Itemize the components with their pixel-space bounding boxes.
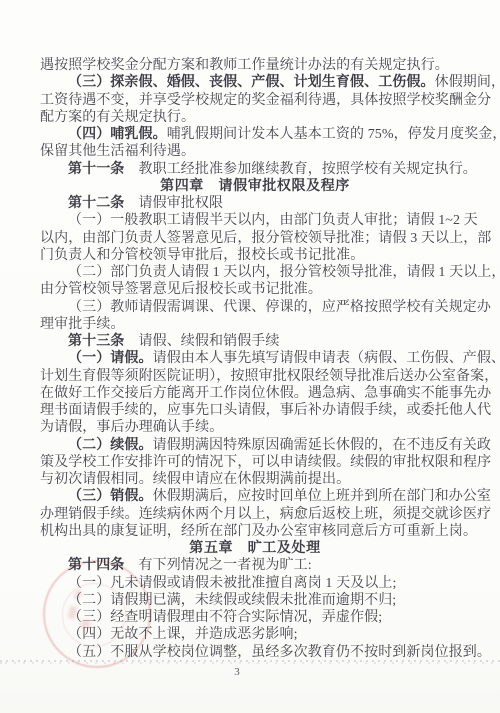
text-segment: （三）经查明请假理由不符合实际情况，弄虚作假; bbox=[68, 610, 382, 625]
text-segment: （二）请假期已满，未续假或续假未批准而逾期不归; bbox=[68, 593, 396, 608]
text-segment: 教职工经批准参加继续教育，按照学校有关规定执行。 bbox=[124, 162, 477, 177]
text-line: （三）销假。休假期满后，应按时回单位上班并到所在部门和办公室 bbox=[40, 488, 470, 505]
text-segment: 第四章 请假审批权限及程序 bbox=[160, 179, 350, 194]
text-segment: 办理销假手续。连续病休两个月以上，病愈后返校上班，须提交就诊医疗 bbox=[40, 507, 491, 522]
text-segment: （三）教师请假需调课、代课、停课的，应严格按照学校有关规定办 bbox=[68, 300, 491, 315]
text-segment: 第十三条 bbox=[68, 334, 124, 349]
text-line: 机构出具的康复证明，经所在部门及办公室审核同意后方可重新上岗。 bbox=[40, 523, 470, 540]
chapter-heading: 第四章 请假审批权限及程序 bbox=[40, 178, 470, 195]
text-line: 第十二条 请假审批权限 bbox=[40, 195, 470, 212]
text-line: 保留其他生活福利待遇。 bbox=[40, 143, 470, 160]
text-line: 理书面请假手续的，应事先口头请假，事后补办请假手续，或委托他人代 bbox=[40, 402, 470, 419]
text-segment: （四）哺乳假。 bbox=[68, 127, 167, 142]
text-segment: 第十二条 bbox=[68, 196, 124, 211]
text-line: 第十三条 请假、续假和销假手续 bbox=[40, 333, 470, 350]
text-line: 为请假，事后办理确认手续。 bbox=[40, 419, 470, 436]
text-line: （一）一般教职工请假半天以内，由部门负责人审批；请假 1~2 天 bbox=[40, 212, 470, 229]
text-line: （五）不服从学校岗位调整，虽经多次教育仍不按时到新岗位报到。 bbox=[40, 644, 470, 661]
text-segment: 计划生育假等须附医院证明），按照审批权限经领导批准后送办公室备案， bbox=[40, 369, 498, 384]
text-segment: （三）探亲假、婚假、丧假、产假、计划生育假、工伤假。 bbox=[68, 75, 435, 90]
text-segment: （三）销假。 bbox=[68, 489, 153, 504]
text-line: （三）经查明请假理由不符合实际情况，弄虚作假; bbox=[40, 609, 470, 626]
text-segment: 工资待遇不变，并享受学校规定的奖金福利待遇，具体按照学校奖酬金分 bbox=[40, 93, 491, 108]
text-segment: 策及学校工作安排许可的情况下，可以申请续假。续假的审批权限和程序 bbox=[40, 455, 491, 470]
text-segment: 第五章 旷工及处理 bbox=[189, 541, 320, 556]
text-line: 遇按照学校奖金分配方案和教师工作量统计办法的有关规定执行。 bbox=[40, 57, 470, 74]
text-line: （三）教师请假需调课、代课、停课的，应严格按照学校有关规定办 bbox=[40, 299, 470, 316]
text-line: 配方案的有关规定执行。 bbox=[40, 109, 470, 126]
text-segment: （五）不服从学校岗位调整，虽经多次教育仍不按时到新岗位报到。 bbox=[68, 645, 491, 660]
chapter-heading: 第五章 旷工及处理 bbox=[40, 540, 470, 557]
text-line: 与初次请假相同。续假申请应在休假期满前提出。 bbox=[40, 471, 470, 488]
text-segment: 与初次请假相同。续假申请应在休假期满前提出。 bbox=[40, 472, 350, 487]
document-body: 遇按照学校奖金分配方案和教师工作量统计办法的有关规定执行。（三）探亲假、婚假、丧… bbox=[40, 57, 470, 661]
text-segment: 请假审批权限 bbox=[124, 196, 223, 211]
text-line: 办理销假手续。连续病休两个月以上，病愈后返校上班，须提交就诊医疗 bbox=[40, 506, 470, 523]
text-segment: （一）凡未请假或请假未被批准擅自离岗 1 天及以上; bbox=[68, 576, 397, 591]
text-segment: 门负责人和分管校领导审批后，报校长或书记批准。 bbox=[40, 248, 364, 263]
text-segment: 第十四条 bbox=[68, 558, 124, 573]
text-segment: 保留其他生活福利待遇。 bbox=[40, 144, 195, 159]
text-segment: 有下列情况之一者视为旷工: bbox=[124, 558, 311, 573]
text-line: 由分管校领导签署意见后报校长或书记批准。 bbox=[40, 281, 470, 298]
scan-artifact-line bbox=[0, 660, 500, 664]
text-line: 策及学校工作安排许可的情况下，可以申请续假。续假的审批权限和程序 bbox=[40, 454, 470, 471]
text-line: （二）部门负责人请假 1 天以内，报分管校领导批准，请假 1 天以上， bbox=[40, 264, 470, 281]
text-segment: 休假期满后，应按时回单位上班并到所在部门和办公室 bbox=[153, 489, 491, 504]
text-line: （三）探亲假、婚假、丧假、产假、计划生育假、工伤假。休假期间， bbox=[40, 74, 470, 91]
text-segment: 由分管校领导签署意见后报校长或书记批准。 bbox=[40, 282, 322, 297]
text-line: （四）哺乳假。哺乳假期间计发本人基本工资的 75%，停发月度奖金， bbox=[40, 126, 470, 143]
text-segment: 请假、续假和销假手续 bbox=[124, 334, 279, 349]
text-segment: （四）无故不上课，并造成恶劣影响; bbox=[68, 627, 298, 642]
page-number: 3 bbox=[0, 666, 474, 678]
text-line: 第十四条 有下列情况之一者视为旷工: bbox=[40, 557, 470, 574]
text-line: （二）续假。请假期满因特殊原因确需延长休假的，在不违反有关政 bbox=[40, 437, 470, 454]
text-segment: （二）续假。 bbox=[68, 438, 153, 453]
text-line: （一）凡未请假或请假未被批准擅自离岗 1 天及以上; bbox=[40, 575, 470, 592]
document-page: 遇按照学校奖金分配方案和教师工作量统计办法的有关规定执行。（三）探亲假、婚假、丧… bbox=[0, 0, 500, 713]
text-segment: 配方案的有关规定执行。 bbox=[40, 110, 195, 125]
text-segment: 以内，由部门负责人签署意见后，报分管校领导批准；请假 3 天以上，部 bbox=[40, 231, 491, 246]
text-segment: （一）一般教职工请假半天以内，由部门负责人审批；请假 1~2 天 bbox=[68, 213, 478, 228]
text-segment: 哺乳假期间计发本人基本工资的 75%，停发月度奖金， bbox=[167, 127, 500, 142]
text-segment: 理书面请假手续的，应事先口头请假，事后补办请假手续，或委托他人代 bbox=[40, 403, 491, 418]
text-line: 第十一条 教职工经批准参加继续教育，按照学校有关规定执行。 bbox=[40, 161, 470, 178]
text-line: 以内，由部门负责人签署意见后，报分管校领导批准；请假 3 天以上，部 bbox=[40, 230, 470, 247]
text-line: 在做好工作交接后方能离开工作岗位休假。遇急病、急事确实不能事先办 bbox=[40, 385, 470, 402]
text-segment: 遇按照学校奖金分配方案和教师工作量统计办法的有关规定执行。 bbox=[40, 58, 449, 73]
text-segment: 理审批手续。 bbox=[40, 317, 125, 332]
text-segment: 在做好工作交接后方能离开工作岗位休假。遇急病、急事确实不能事先办 bbox=[40, 386, 491, 401]
text-segment: 为请假，事后办理确认手续。 bbox=[40, 420, 223, 435]
text-line: （一）请假。请假由本人事先填写请假申请表（病假、工伤假、产假、 bbox=[40, 350, 470, 367]
text-segment: （二）部门负责人请假 1 天以内，报分管校领导批准，请假 1 天以上， bbox=[68, 265, 500, 280]
text-line: 计划生育假等须附医院证明），按照审批权限经领导批准后送办公室备案， bbox=[40, 368, 470, 385]
text-segment: 机构出具的康复证明，经所在部门及办公室审核同意后方可重新上岗。 bbox=[40, 524, 477, 539]
text-segment: 休假期间， bbox=[435, 75, 500, 90]
text-segment: 第十一条 bbox=[68, 162, 124, 177]
text-line: （二）请假期已满，未续假或续假未批准而逾期不归; bbox=[40, 592, 470, 609]
text-line: 门负责人和分管校领导审批后，报校长或书记批准。 bbox=[40, 247, 470, 264]
text-segment: （一）请假。 bbox=[68, 351, 153, 366]
text-line: （四）无故不上课，并造成恶劣影响; bbox=[40, 626, 470, 643]
text-segment: 请假由本人事先填写请假申请表（病假、工伤假、产假、 bbox=[153, 351, 500, 366]
text-line: 理审批手续。 bbox=[40, 316, 470, 333]
text-segment: 请假期满因特殊原因确需延长休假的，在不违反有关政 bbox=[153, 438, 491, 453]
text-line: 工资待遇不变，并享受学校规定的奖金福利待遇，具体按照学校奖酬金分 bbox=[40, 92, 470, 109]
